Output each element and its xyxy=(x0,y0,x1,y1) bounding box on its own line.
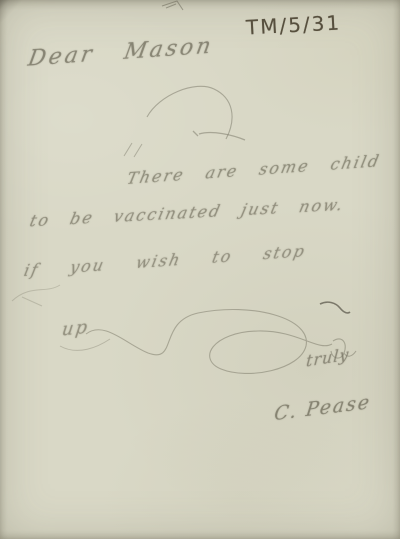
archive-reference: TM/5/31 xyxy=(245,11,341,40)
large-flourish xyxy=(86,309,332,373)
signature: C. Pease xyxy=(273,391,372,425)
closing-word: truly xyxy=(305,344,350,370)
body-line-3: if you wish to stop xyxy=(22,241,308,280)
dark-squiggle xyxy=(320,302,350,313)
top-edge-mark xyxy=(162,1,183,10)
margin-scribble xyxy=(12,285,60,306)
arc-dash xyxy=(193,131,245,140)
arc-flourish xyxy=(147,86,232,139)
body-line-4: up xyxy=(61,316,91,340)
up-tail xyxy=(60,339,110,350)
greeting-line: Dear Mason xyxy=(26,33,216,71)
line1-ticks xyxy=(124,143,142,157)
handwritten-letter-photo: TM/5/31 Dear Mason There are some child … xyxy=(0,0,400,539)
body-line-1: There are some child xyxy=(125,151,382,188)
body-line-2: to be vaccinated just now. xyxy=(28,195,346,231)
